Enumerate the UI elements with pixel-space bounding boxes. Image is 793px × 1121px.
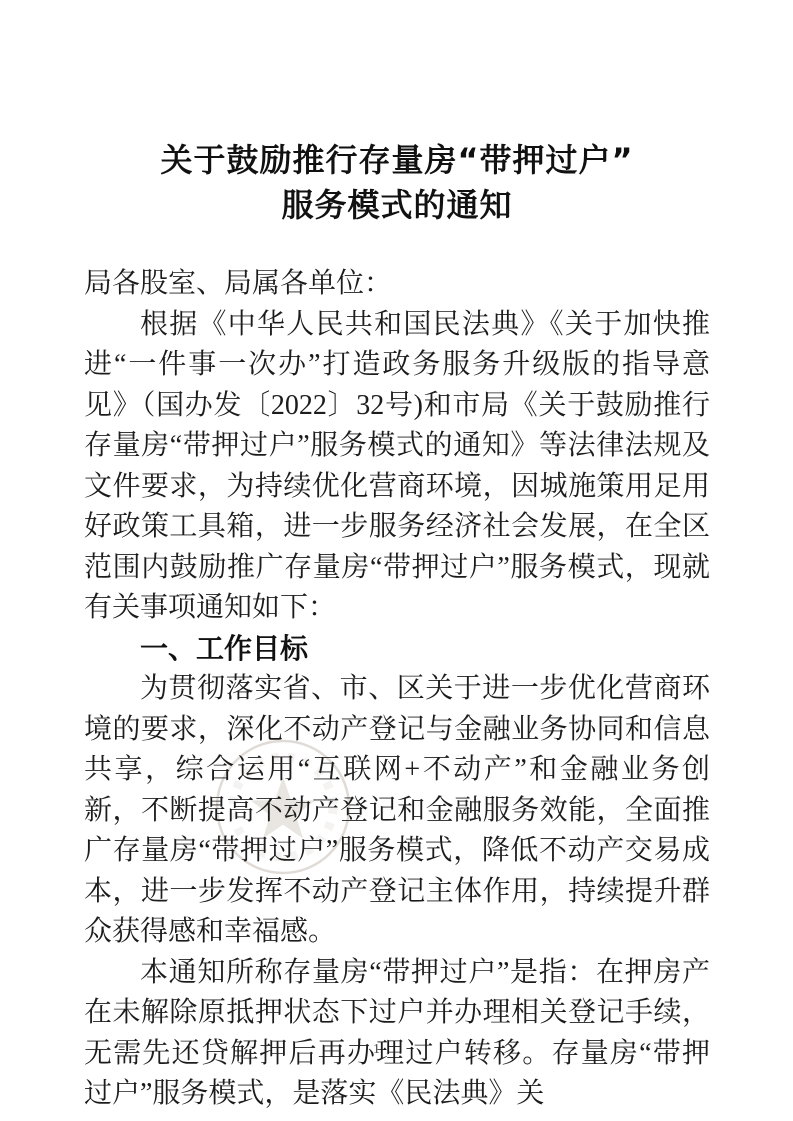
title-line-2: 服务模式的通知 [84,183,710,228]
section-1-heading: 一、工作目标 [84,629,710,670]
section-1-paragraph-1: 为贯彻落实省、市、区关于进一步优化营商环境的要求，深化不动产登记与金融业务协同和… [84,669,710,953]
document-body: 局各股室、局属各单位： 根据《中华人民共和国民法典》《关于加快推进“一件事一次办… [84,264,710,1115]
salutation-line: 局各股室、局属各单位： [84,264,710,305]
document-title: 关于鼓励推行存量房“带押过户” 服务模式的通知 [84,138,710,228]
intro-paragraph: 根据《中华人民共和国民法典》《关于加快推进“一件事一次办”打造政务服务升级版的指… [84,305,710,629]
document-content: 关于鼓励推行存量房“带押过户” 服务模式的通知 局各股室、局属各单位： 根据《中… [0,0,793,1115]
page-number: 1 [0,1042,773,1058]
title-line-1: 关于鼓励推行存量房“带押过户” [84,138,710,183]
section-1-paragraph-2: 本通知所称存量房“带押过户”是指：在押房产在未解除原抵押状态下过户并办理相关登记… [84,953,710,1115]
document-page: 关于鼓励推行存量房“带押过户” 服务模式的通知 局各股室、局属各单位： 根据《中… [0,0,793,1121]
